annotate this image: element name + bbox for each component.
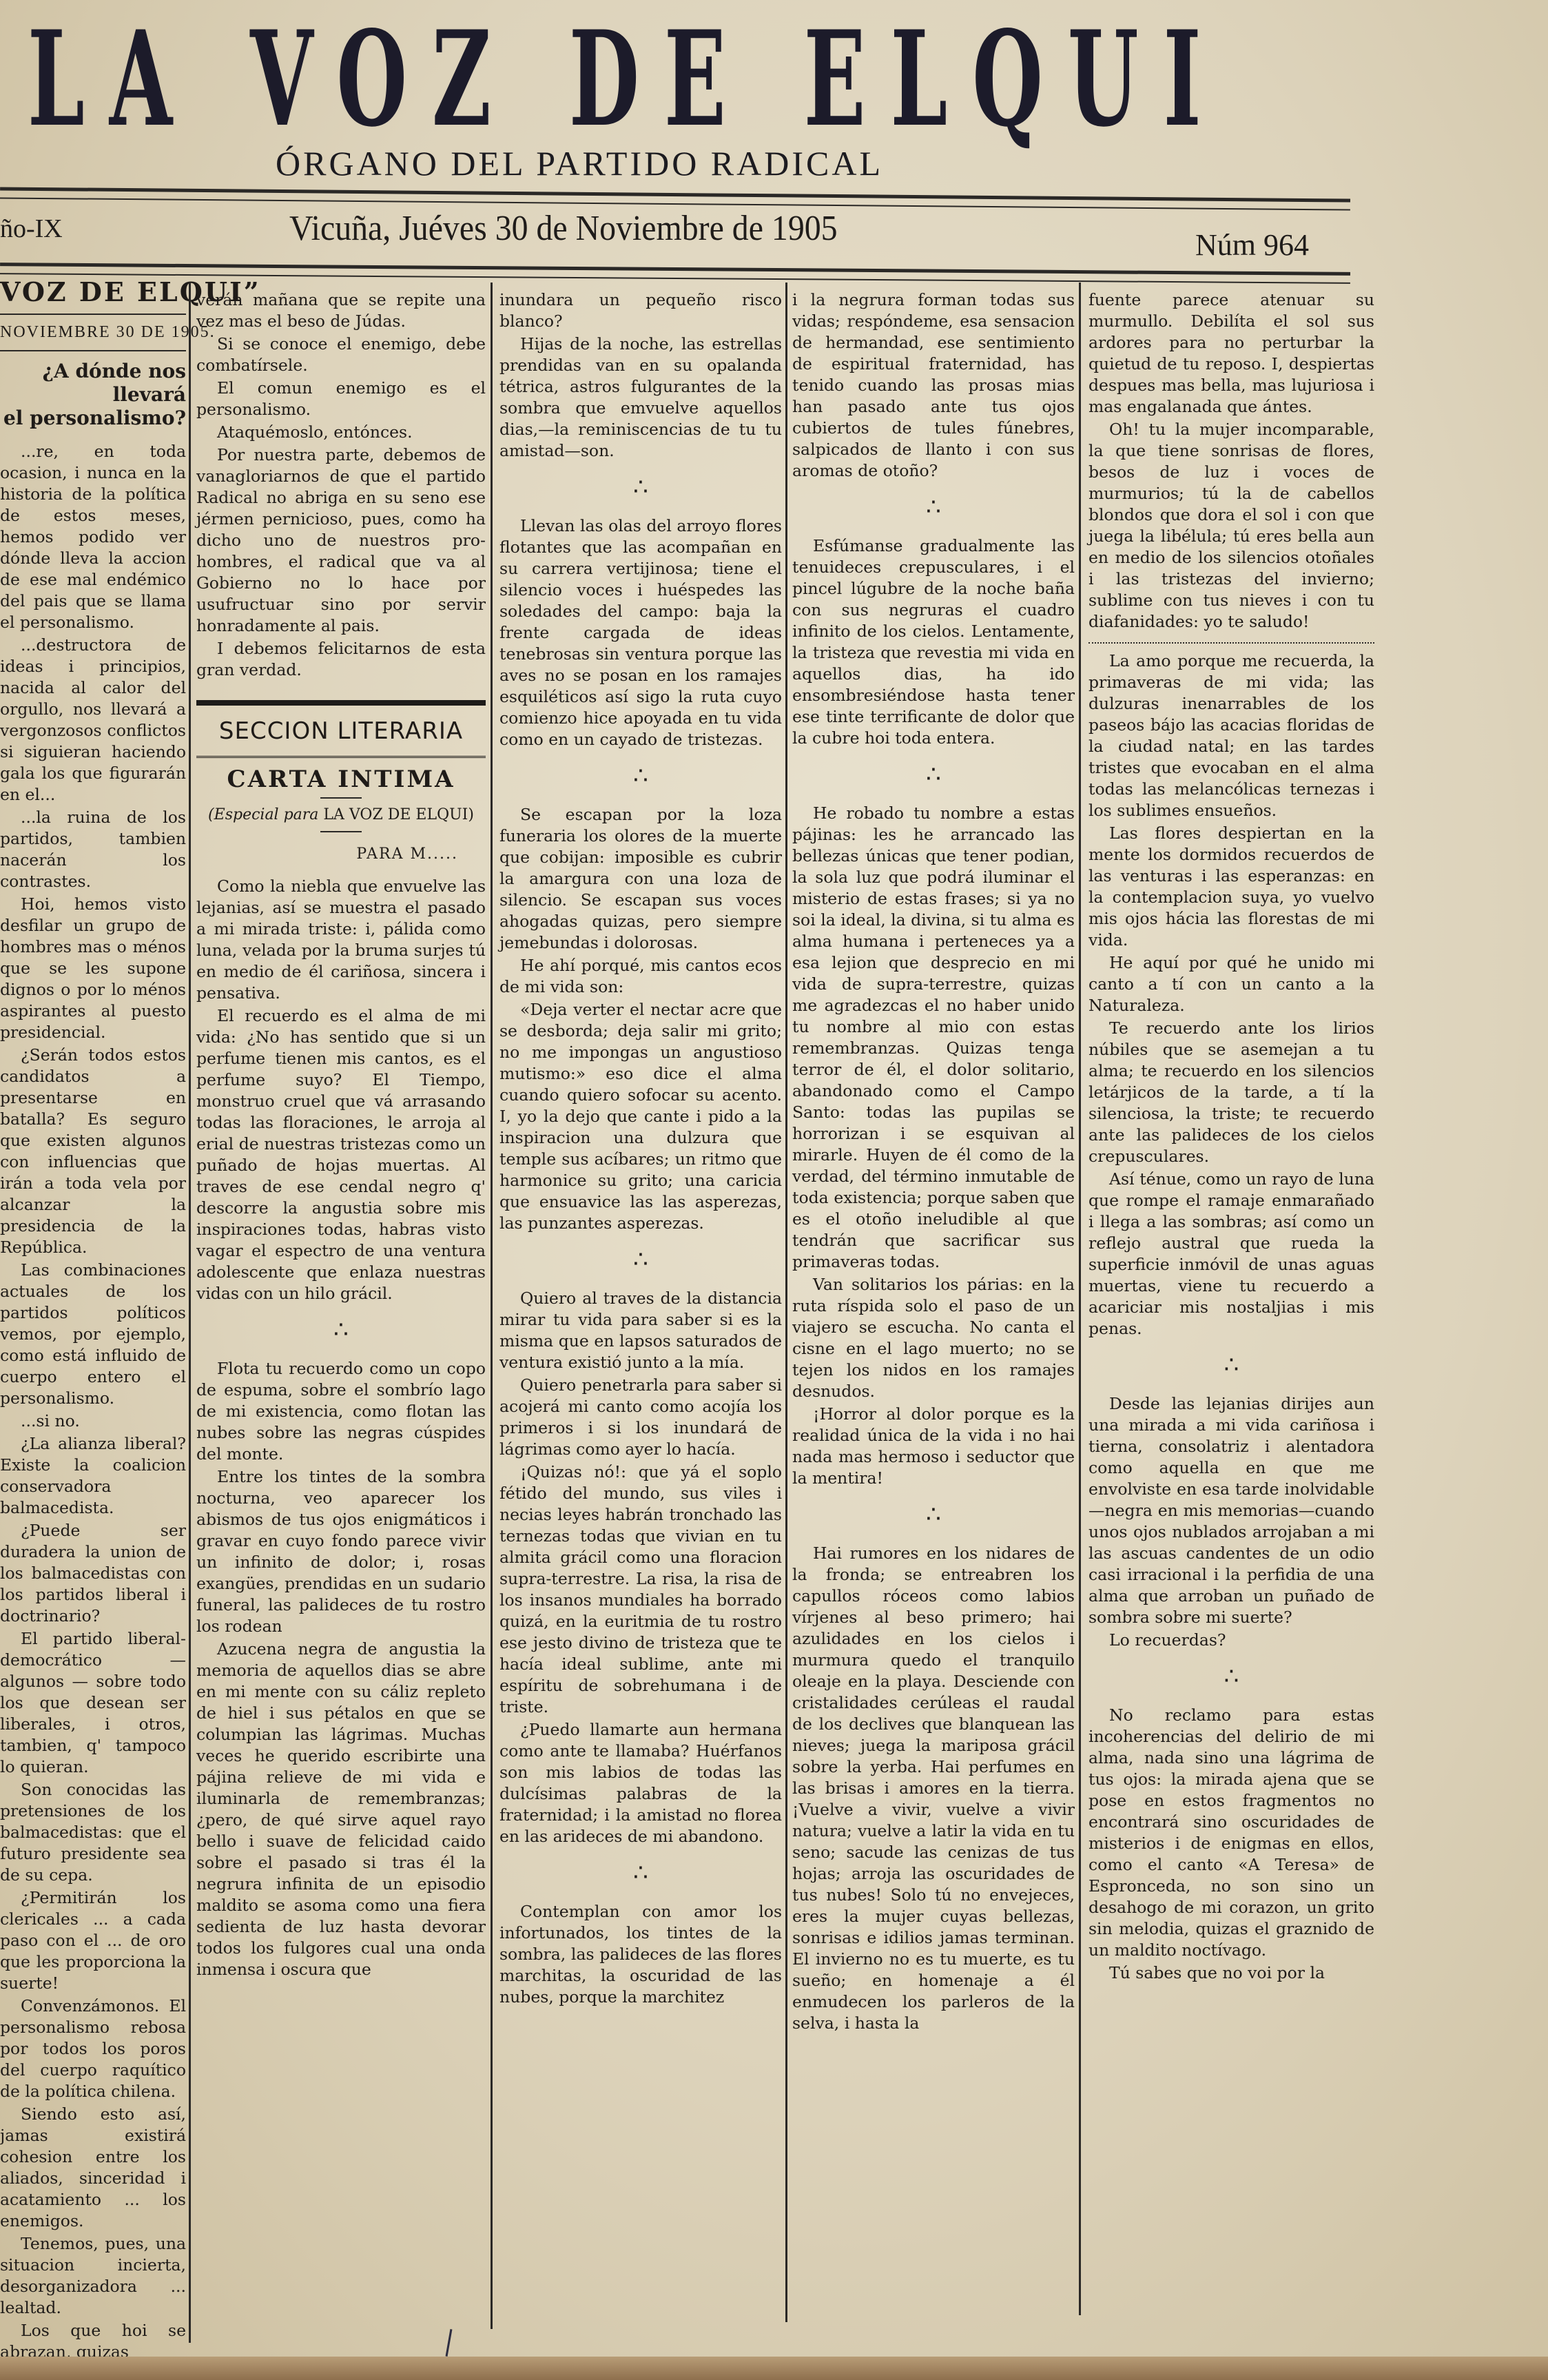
paragraph: He aquí por qué he unido mi canto a tí c… <box>1088 952 1374 1016</box>
paragraph: Las combinaciones actuales de los partid… <box>0 1260 186 1409</box>
paragraph: Tú sabes que no voi por la <box>1088 1962 1374 1984</box>
paragraph: Siendo esto así, jamas existirá cohesion… <box>0 2104 186 2232</box>
paragraph: Contemplan con amor los infortunados, lo… <box>499 1901 782 2008</box>
dedication: PARA M..... <box>196 843 458 865</box>
paragraph: Se escapan por la loza funeraria los olo… <box>499 804 782 954</box>
column-2: verán mañana que se repite una vez mas e… <box>196 289 486 1982</box>
asterism-icon: ∴ <box>792 1504 1075 1525</box>
issue-date: Vicuña, Juéves 30 de Noviembre de 1905 <box>289 208 838 249</box>
paragraph: Así ténue, como un rayo de luna que romp… <box>1088 1169 1374 1340</box>
headline-line-1: ¿A dónde nos llevará <box>0 360 186 407</box>
paragraph: Las flores despiertan en la mente los do… <box>1088 823 1374 951</box>
paragraph: Como la niebla que envuelve las lejanias… <box>196 876 486 1004</box>
paragraph: Son conocidas las pretensiones de los ba… <box>0 1779 186 1886</box>
paragraph: Desde las lejanias dirijes aun una mirad… <box>1088 1393 1374 1628</box>
paragraph: Quiero penetrarla para saber si acojerá … <box>499 1375 782 1460</box>
short-rule <box>320 831 362 832</box>
asterism-icon: ∴ <box>499 766 782 786</box>
masthead-subtitle: ÓRGANO DEL PARTIDO RADICAL <box>276 143 883 183</box>
paragraph: ...destructora de ideas i principios, na… <box>0 635 186 806</box>
editorial-date: NOVIEMBRE 30 DE 1905. <box>0 314 186 351</box>
paragraph: Por nuestra parte, debemos de vanagloria… <box>196 444 486 637</box>
paragraph: Flota tu recuerdo como un copo de espuma… <box>196 1358 486 1465</box>
asterism-icon: ∴ <box>792 764 1075 785</box>
paragraph: Oh! tu la mujer incomparable, la que tie… <box>1088 419 1374 633</box>
paragraph: Hai rumores en los nidares de la fronda;… <box>792 1543 1075 2034</box>
paragraph: ¿La alianza liberal? Existe la coalicion… <box>0 1433 186 1519</box>
column-4: i la negrura forman todas sus vidas; res… <box>792 289 1075 2035</box>
newspaper-page: LA VOZ DE ELQUI ÓRGANO DEL PARTIDO RADIC… <box>0 0 1548 2380</box>
editorial-paper-name: VOZ DE ELQUI” <box>0 281 186 302</box>
paragraph: Hoi, hemos visto desfilar un grupo de ho… <box>0 894 186 1043</box>
paragraph: Esfúmanse gradualmente las tenuideces cr… <box>792 535 1075 749</box>
paragraph: Llevan las olas del arroyo flores flotan… <box>499 515 782 750</box>
paragraph: «Deja verter el nectar acre que se desbo… <box>499 999 782 1234</box>
paragraph: verán mañana que se repite una vez mas e… <box>196 289 486 332</box>
year-label: ño-IX <box>0 214 63 244</box>
column-divider <box>189 283 191 2343</box>
article-title: CARTA INTIMA <box>196 769 486 790</box>
column-divider <box>491 283 493 2329</box>
paragraph: Ataquémoslo, entónces. <box>196 422 486 443</box>
paragraph: I debemos felicitarnos de esta gran verd… <box>196 638 486 681</box>
paragraph: ¡Horror al dolor porque es la realidad ú… <box>792 1404 1075 1489</box>
issue-number: Núm 964 <box>1195 227 1309 263</box>
paragraph: La amo porque me recuerda, la primaveras… <box>1088 650 1374 821</box>
paragraph: No reclamo para estas incoherencias del … <box>1088 1705 1374 1961</box>
column-3: inundara un pequeño risco blanco? Hijas … <box>499 289 782 2009</box>
paragraph: ¿Puedo llamarte aun hermana como ante te… <box>499 1719 782 1847</box>
paragraph: ¿Permitirán los clericales ... a cada pa… <box>0 1887 186 1994</box>
byline-paper: LA VOZ DE ELQUI) <box>323 806 474 823</box>
paragraph: ...la ruina de los partidos, tambien nac… <box>0 807 186 892</box>
column-5: fuente parece atenuar su murmullo. Debil… <box>1088 289 1374 1985</box>
paragraph: Lo recuerdas? <box>1088 1630 1374 1651</box>
asterism-icon: ∴ <box>499 477 782 497</box>
paragraph: i la negrura forman todas sus vidas; res… <box>792 289 1075 482</box>
editorial-headline: ¿A dónde nos llevará el personalismo? <box>0 360 186 430</box>
paragraph: El recuerdo es el alma de mi vida: ¿No h… <box>196 1005 486 1304</box>
section-heading: SECCION LITERARIA <box>196 700 486 758</box>
paragraph: Azucena negra de angustia la memoria de … <box>196 1639 486 1980</box>
asterism-icon: ∴ <box>1088 1355 1374 1375</box>
paragraph: ...re, en toda ocasion, i nunca en la hi… <box>0 441 186 633</box>
short-rule <box>320 797 362 799</box>
paragraph: Hijas de la noche, las estrellas prendid… <box>499 334 782 462</box>
paragraph: Van solitarios los párias: en la ruta rí… <box>792 1274 1075 1402</box>
paragraph: Si se conoce el enemigo, debe combatírse… <box>196 334 486 376</box>
paragraph: Entre los tintes de la sombra nocturna, … <box>196 1466 486 1637</box>
column-divider <box>785 283 787 2322</box>
paragraph: ¿Puede ser duradera la union de los balm… <box>0 1520 186 1627</box>
ink-mark <box>446 2329 453 2357</box>
column-divider <box>1079 283 1081 2315</box>
dateline: ño-IX Vicuña, Juéves 30 de Noviembre de … <box>0 207 1350 255</box>
paragraph: ...si no. <box>0 1410 186 1432</box>
asterism-icon: ∴ <box>1088 1666 1374 1687</box>
paragraph: Te recuerdo ante los lirios núbiles que … <box>1088 1018 1374 1167</box>
paragraph: inundara un pequeño risco blanco? <box>499 289 782 332</box>
headline-line-2: el personalismo? <box>0 407 186 430</box>
dotted-separator <box>1088 642 1374 644</box>
paragraph: ¡Quizas nó!: que yá el soplo fétido del … <box>499 1461 782 1718</box>
paragraph: He robado tu nombre a estas pájinas: les… <box>792 803 1075 1273</box>
page-edge <box>0 2357 1548 2380</box>
asterism-icon: ∴ <box>499 1249 782 1270</box>
asterism-icon: ∴ <box>792 497 1075 517</box>
paragraph: Tenemos, pues, una situacion incierta, d… <box>0 2233 186 2319</box>
paragraph: He ahí porqué, mis cantos ecos de mi vid… <box>499 955 782 998</box>
masthead-title: LA VOZ DE ELQUI <box>28 21 839 138</box>
paragraph: ¿Serán todos estos candidatos a presenta… <box>0 1045 186 1258</box>
byline-italic: (Especial para <box>208 806 318 823</box>
asterism-icon: ∴ <box>196 1320 486 1340</box>
article-byline: (Especial para LA VOZ DE ELQUI) <box>196 804 486 825</box>
paragraph: El partido liberal-democrático — algunos… <box>0 1628 186 1778</box>
editorial-column: VOZ DE ELQUI” NOVIEMBRE 30 DE 1905. ¿A d… <box>0 289 186 2364</box>
paragraph: fuente parece atenuar su murmullo. Debil… <box>1088 289 1374 418</box>
paragraph: Quiero al traves de la distancia mirar t… <box>499 1288 782 1373</box>
asterism-icon: ∴ <box>499 1863 782 1883</box>
paragraph: El comun enemigo es el personalismo. <box>196 378 486 420</box>
paragraph: Convenzámonos. El personalismo rebosa po… <box>0 1996 186 2102</box>
